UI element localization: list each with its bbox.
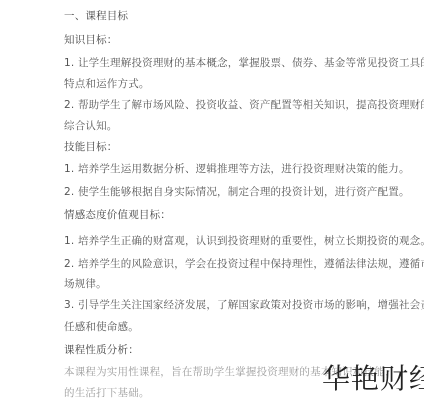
watermark-logo: 华艳财经 <box>322 362 424 396</box>
subheading-values-goals: 情感态度价值观目标： <box>64 208 171 222</box>
knowledge-goal-2-cont: 综合认知。 <box>64 119 118 133</box>
subheading-course-nature: 课程性质分析： <box>64 343 139 357</box>
values-goal-3: 3. 引导学生关注国家经济发展，了解国家政策对投资市场的影响，增强社会责 <box>64 298 424 312</box>
values-goal-2: 2. 培养学生的风险意识，学会在投资过程中保持理性，遵循法律法规，遵循市 <box>64 257 424 271</box>
knowledge-goal-1-cont: 特点和运作方式。 <box>64 77 150 91</box>
values-goal-3-cont: 任感和使命感。 <box>64 320 139 334</box>
section-heading-course-goals: 一、课程目标 <box>64 9 128 23</box>
subheading-skill-goals: 技能目标： <box>64 140 118 154</box>
course-nature-text-cont: 的生活打下基础。 <box>64 386 150 400</box>
knowledge-goal-2: 2. 帮助学生了解市场风险、投资收益、资产配置等相关知识，提高投资理财的 <box>64 98 424 112</box>
values-goal-1: 1. 培养学生正确的财富观，认识到投资理财的重要性，树立长期投资的观念。 <box>64 234 424 248</box>
values-goal-2-cont: 场规律。 <box>64 277 107 291</box>
skill-goal-2: 2. 使学生能够根据自身实际情况，制定合理的投资计划，进行资产配置。 <box>64 185 410 199</box>
knowledge-goal-1: 1. 让学生理解投资理财的基本概念，掌握股票、债券、基金等常见投资工具的 <box>64 56 424 70</box>
subheading-knowledge-goals: 知识目标： <box>64 33 118 47</box>
skill-goal-1: 1. 培养学生运用数据分析、逻辑推理等方法，进行投资理财决策的能力。 <box>64 162 410 176</box>
